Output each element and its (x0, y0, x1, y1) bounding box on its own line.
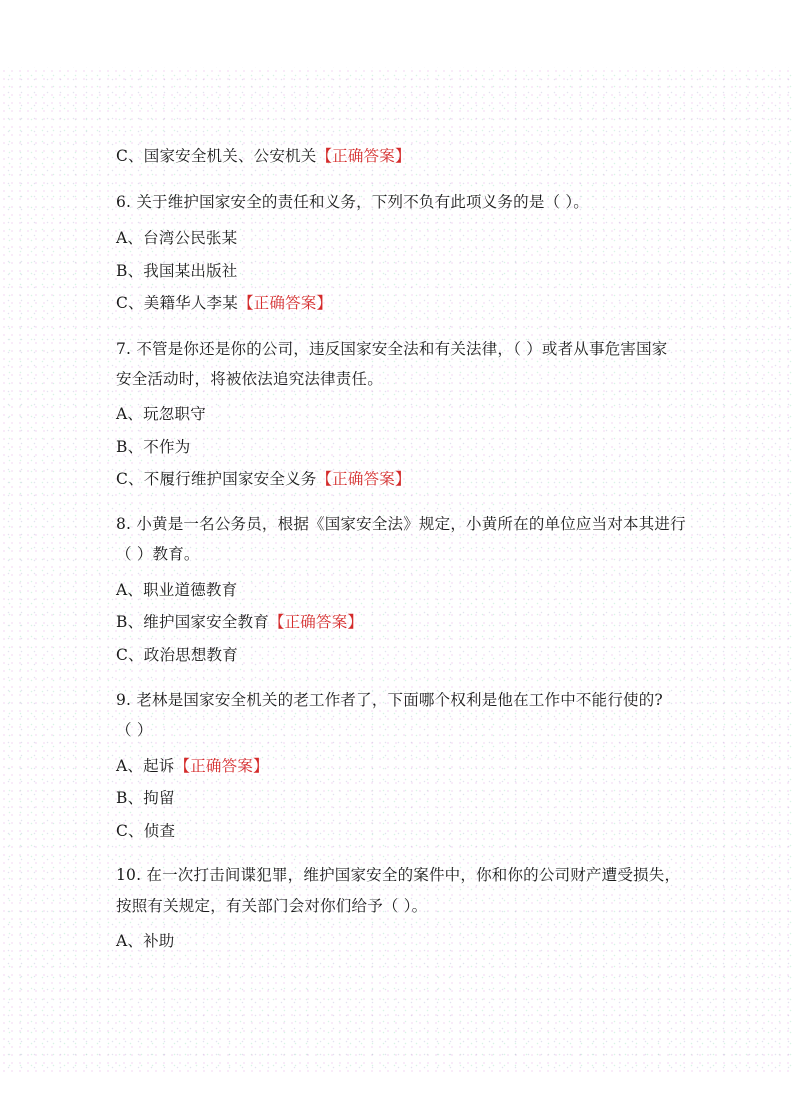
correct-answer-tag: 【正确答案】 (238, 294, 332, 312)
option-text: C、侦查 (116, 822, 175, 840)
option-text: A、职业道德教育 (116, 581, 237, 599)
q9-stem-line-2: （ ） (116, 720, 153, 740)
correct-answer-tag: 【正确答案】 (175, 757, 269, 775)
q10-stem-line-2: 按照有关规定，有关部门会对你们给予（ ）。 (116, 896, 427, 916)
q6-stem: 6. 关于维护国家安全的责任和义务，下列不负有此项义务的是（ ）。 (116, 192, 589, 212)
question-text: （ ） (116, 721, 153, 739)
q7-stem-line-1: 7. 不管是你还是你的公司，违反国家安全法和有关法律，（ ）或者从事危害国家 (116, 339, 668, 359)
q9-stem-line-1: 9. 老林是国家安全机关的老工作者了，下面哪个权利是他在工作中不能行使的? (116, 690, 663, 710)
option-text: B、拘留 (116, 789, 175, 807)
q10-option-a: A、补助 (116, 931, 175, 951)
question-text: 6. 关于维护国家安全的责任和义务，下列不负有此项义务的是（ ）。 (116, 193, 589, 211)
question-text: 按照有关规定，有关部门会对你们给予（ ）。 (116, 897, 427, 915)
q10-stem-line-1: 10. 在一次打击间谍犯罪，维护国家安全的案件中，你和你的公司财产遭受损失， (116, 865, 680, 885)
q7-stem-line-2: 安全活动时，将被依法追究法律责任。 (116, 369, 383, 389)
option-text: A、台湾公民张某 (116, 229, 237, 247)
q5-option-c: C、国家安全机关、公安机关【正确答案】 (116, 146, 411, 166)
correct-answer-tag: 【正确答案】 (269, 613, 363, 631)
question-text: 8. 小黄是一名公务员，根据《国家安全法》规定，小黄所在的单位应当对本其进行 (116, 515, 686, 533)
question-text: 9. 老林是国家安全机关的老工作者了，下面哪个权利是他在工作中不能行使的? (116, 691, 663, 709)
option-text: C、不履行维护国家安全义务 (116, 470, 316, 488)
option-text: A、起诉 (116, 757, 175, 775)
question-text: 7. 不管是你还是你的公司，违反国家安全法和有关法律，（ ）或者从事危害国家 (116, 340, 668, 358)
option-text: C、国家安全机关、公安机关 (116, 147, 316, 165)
option-text: B、维护国家安全教育 (116, 613, 269, 631)
q9-option-c: C、侦查 (116, 821, 175, 841)
correct-answer-tag: 【正确答案】 (316, 147, 410, 165)
q8-option-c: C、政治思想教育 (116, 645, 238, 665)
q8-option-b: B、维护国家安全教育【正确答案】 (116, 612, 363, 632)
q8-stem-line-2: （ ）教育。 (116, 544, 200, 564)
q7-option-a: A、玩忽职守 (116, 404, 206, 424)
q6-option-a: A、台湾公民张某 (116, 228, 237, 248)
q8-option-a: A、职业道德教育 (116, 580, 237, 600)
q7-option-b: B、不作为 (116, 437, 190, 457)
correct-answer-tag: 【正确答案】 (316, 470, 410, 488)
option-text: B、我国某出版社 (116, 262, 238, 280)
q8-stem-line-1: 8. 小黄是一名公务员，根据《国家安全法》规定，小黄所在的单位应当对本其进行 (116, 514, 686, 534)
question-text: 10. 在一次打击间谍犯罪，维护国家安全的案件中，你和你的公司财产遭受损失， (116, 866, 680, 884)
page-texture (0, 67, 792, 1072)
question-text: 安全活动时，将被依法追究法律责任。 (116, 370, 383, 388)
option-text: B、不作为 (116, 438, 190, 456)
question-text: （ ）教育。 (116, 545, 200, 563)
q6-option-c: C、美籍华人李某【正确答案】 (116, 293, 332, 313)
option-text: C、政治思想教育 (116, 646, 238, 664)
q6-option-b: B、我国某出版社 (116, 261, 238, 281)
q9-option-b: B、拘留 (116, 788, 175, 808)
q9-option-a: A、起诉【正确答案】 (116, 756, 269, 776)
q7-option-c: C、不履行维护国家安全义务【正确答案】 (116, 469, 411, 489)
option-text: C、美籍华人李某 (116, 294, 238, 312)
option-text: A、玩忽职守 (116, 405, 206, 423)
option-text: A、补助 (116, 932, 175, 950)
